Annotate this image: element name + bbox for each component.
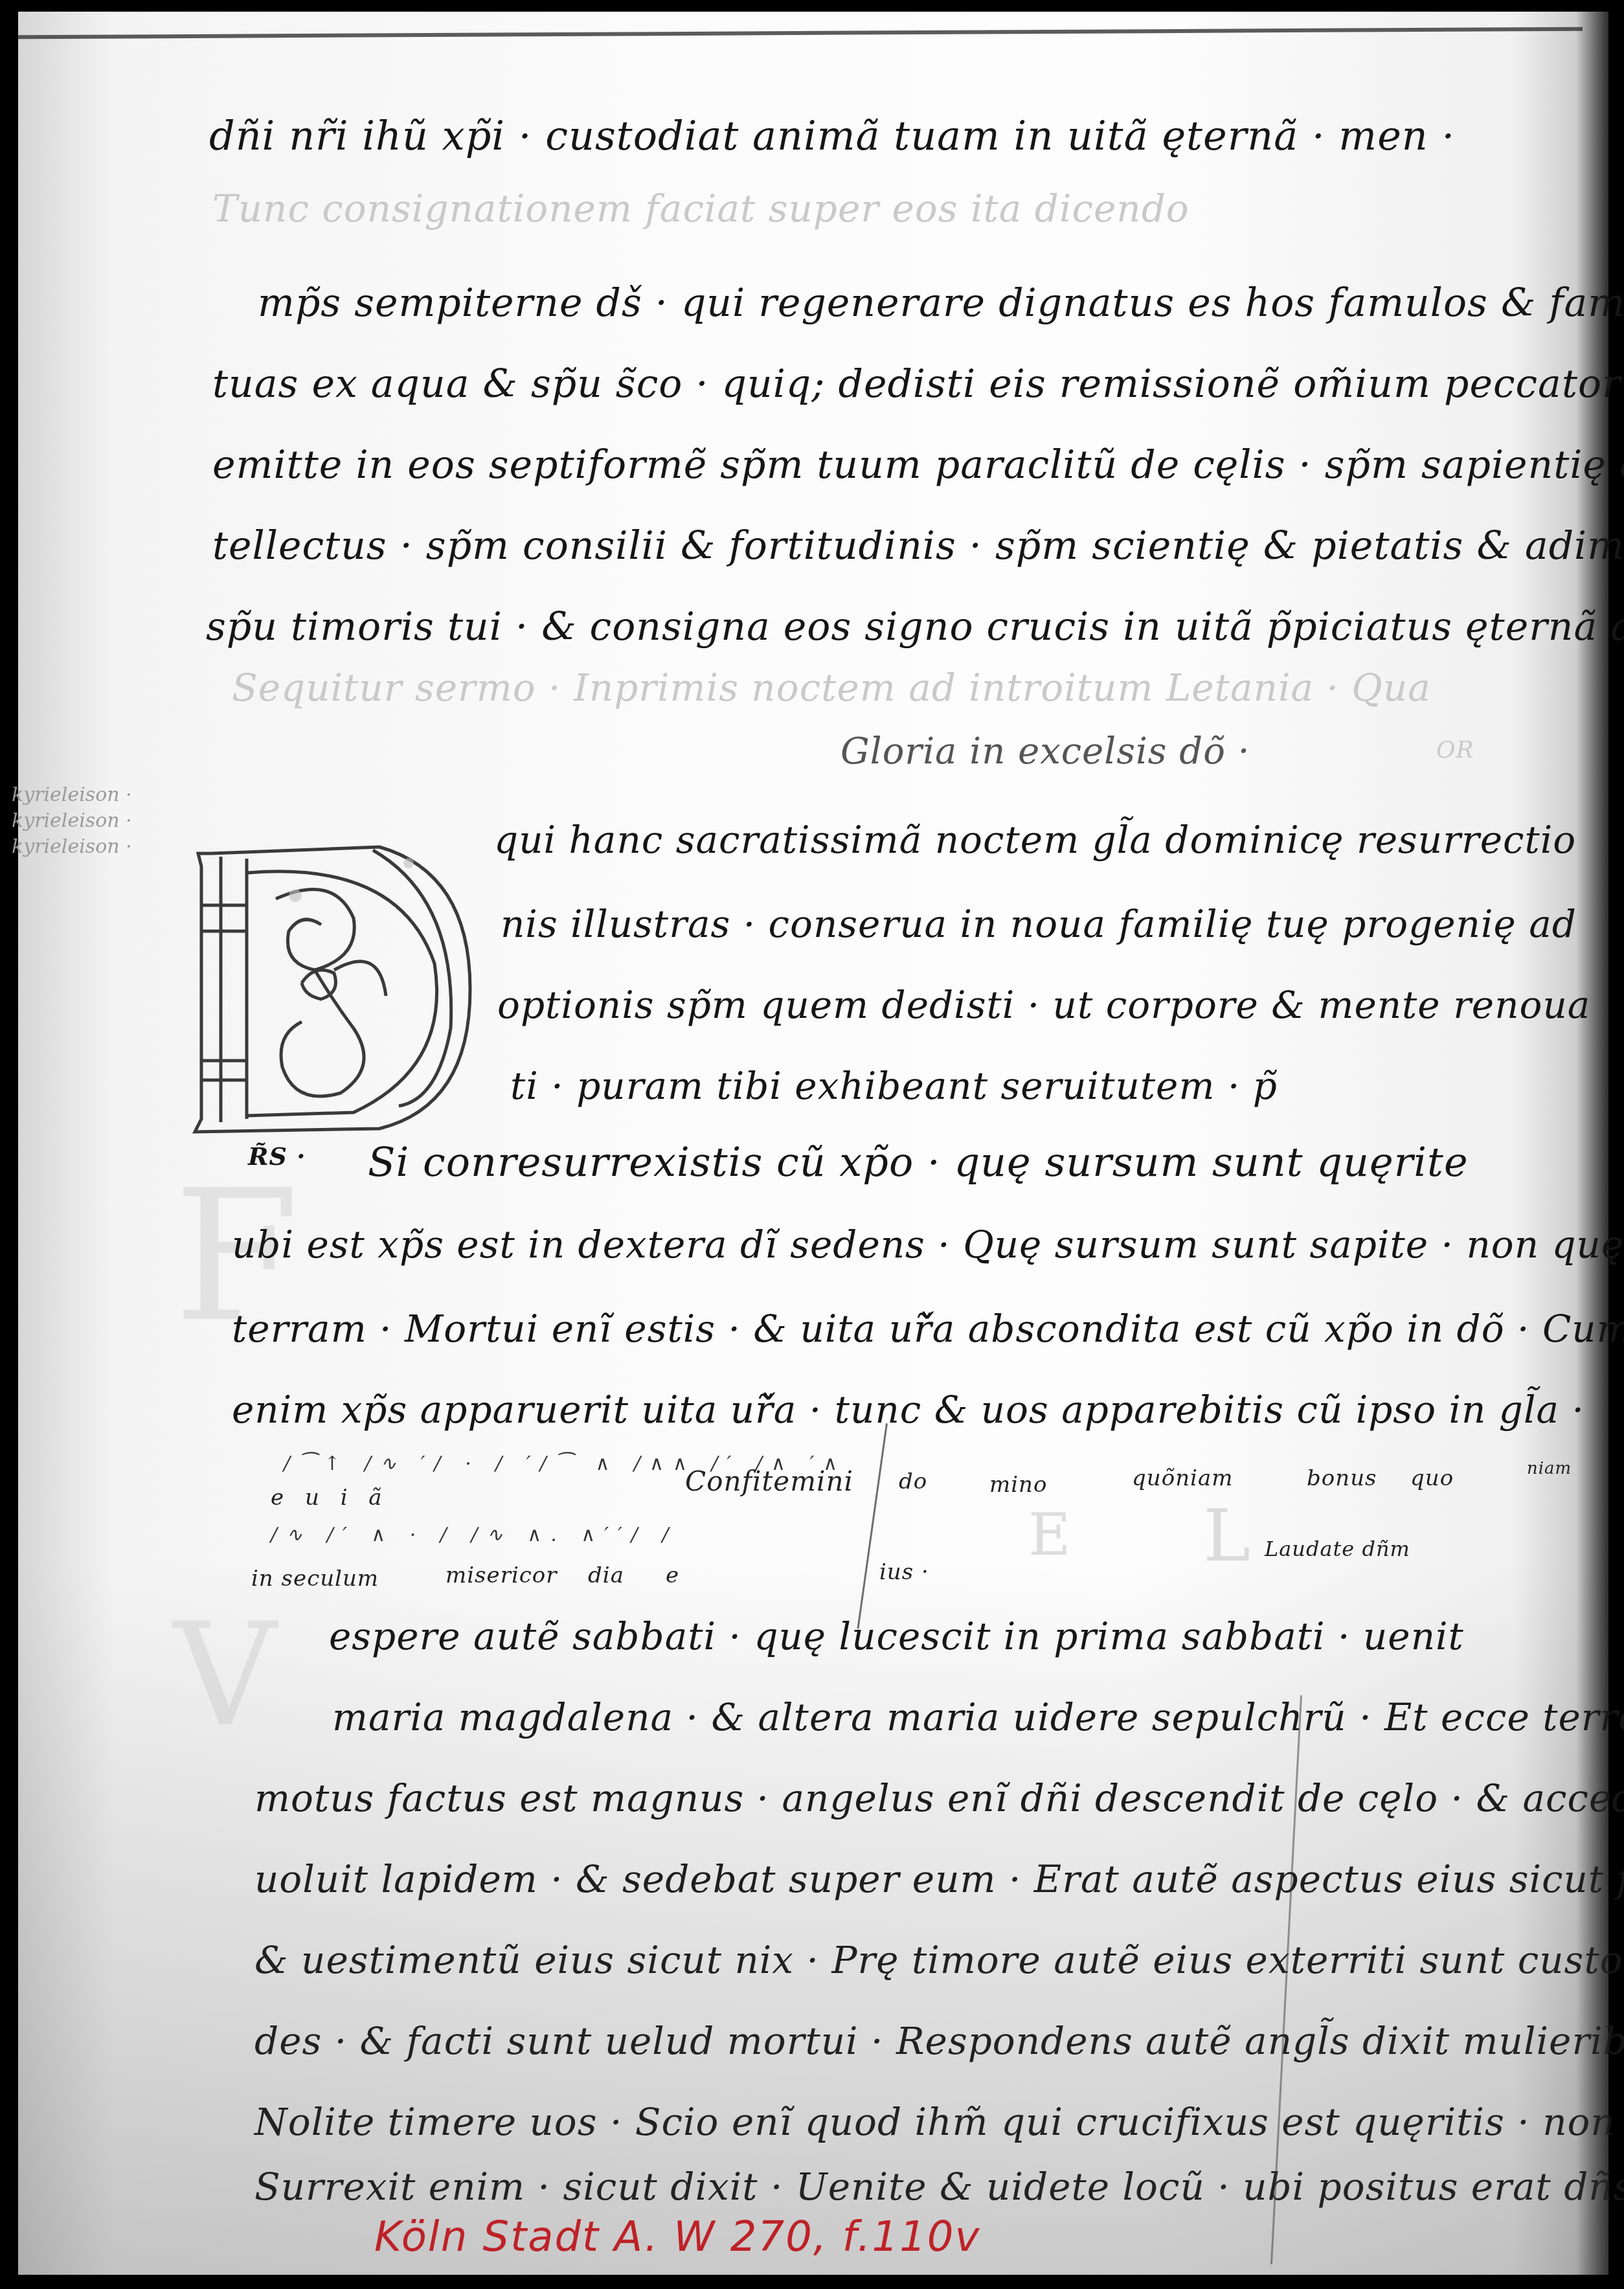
faint-initial-l-icon: L <box>1203 1494 1250 1577</box>
margin-note-1: kyrieleison · <box>12 782 132 808</box>
text-line-16: maria magdalena · & altera maria uidere … <box>332 1695 1624 1739</box>
text-line-4: emitte in eos septiformẽ sp̃m tuum parac… <box>212 442 1624 488</box>
decorated-initial-d-icon <box>185 834 477 1138</box>
chant-word: quõniam <box>1132 1465 1233 1491</box>
chant-word: bonus <box>1307 1465 1377 1491</box>
chant-word-laudate: Laudate dñm <box>1265 1537 1410 1561</box>
chant-word: e <box>666 1562 679 1588</box>
chant-heading: Gloria in excelsis dõ · <box>840 730 1250 772</box>
text-line-22: Surrexit enim · sicut dixit · Uenite & u… <box>254 2165 1624 2209</box>
text-line-9: optionis sp̃m quem dedisti · ut corpore … <box>497 983 1590 1027</box>
chant-word: u i ã <box>305 1485 383 1511</box>
page-right-shadow <box>1576 12 1608 2275</box>
chant-word: misericor <box>445 1562 558 1588</box>
rubric-faint-3: OR <box>1436 737 1474 763</box>
text-line-19: & uestimentũ eius sicut nix · Prę timore… <box>254 1938 1623 1982</box>
faint-initial-u-icon: V <box>174 1592 276 1757</box>
chant-word: quo <box>1410 1465 1454 1491</box>
text-line-20: des · & facti sunt uelud mortui · Respon… <box>254 2019 1624 2063</box>
neumes-row-2: ∕∿ ∕′ ∧ · ∕ ∕∿ ∧. ∧′′∕ ∕ <box>271 1524 678 1546</box>
rubric-faint-2: Sequitur sermo · Inprimis noctem ad intr… <box>232 666 1431 710</box>
chant-word: e <box>271 1485 284 1511</box>
chant-word: do <box>899 1469 927 1494</box>
text-line-10: ti · puram tibi exhibeant seruitutem · p… <box>510 1064 1278 1108</box>
text-line-18: uoluit lapidem · & sedebat super eum · E… <box>254 1857 1624 1901</box>
shelfmark-annotation: Köln Stadt A. W 270, f.110v <box>374 2213 980 2261</box>
chant-word: niam <box>1527 1459 1572 1478</box>
chant-word: mino <box>989 1472 1047 1498</box>
rubric-faint-1: Tunc consignationem faciat super eos ita… <box>212 186 1190 231</box>
faint-initial-e-icon: E <box>1028 1501 1071 1569</box>
chant-word: ius · <box>879 1559 929 1585</box>
text-line-17: motus factus est magnus · angelus enĩ dñ… <box>254 1776 1624 1820</box>
text-line-6: sp̃u timoris tui · & consigna eos signo … <box>206 604 1624 649</box>
chant-text-row-1: e u i ã <box>271 1485 383 1511</box>
parchment-crack <box>857 1423 888 1629</box>
text-line-15: espere autẽ sabbati · quę lucescit in pr… <box>329 1614 1464 1658</box>
margin-notes: kyrieleison · kyrieleison · kyrieleison … <box>12 782 132 860</box>
manuscript-page: dñi nr̃i ihũ xp̃i · custodiat animã tuam… <box>18 12 1608 2275</box>
text-line-5: tellectus · sp̃m consilii & fortitudinis… <box>212 523 1624 569</box>
text-line-14: enim xp̃s apparuerit uita uř̃a · tunc & … <box>232 1388 1585 1432</box>
rubric-label-rs: R̃S · <box>248 1142 306 1171</box>
text-line-13: terram · Mortui enĩ estis · & uita uř̃a … <box>232 1307 1624 1351</box>
text-line-2: mp̃s sempiterne dš · qui regenerare dign… <box>258 280 1624 326</box>
chant-word: dia <box>588 1562 624 1588</box>
text-line-3: tuas ex aqua & sp̃u s̃co · quiq; dedisti… <box>212 361 1624 407</box>
chant-word-confitemini: Confitemini <box>685 1465 853 1497</box>
text-line-7: qui hanc sacratissimã noctem gl̃a domini… <box>494 818 1576 862</box>
text-line-1: dñi nr̃i ihũ xp̃i · custodiat animã tuam… <box>209 112 1455 159</box>
text-line-12: ubi est xp̃s est in dextera dĩ sedens · … <box>232 1223 1624 1267</box>
margin-note-2: kyrieleison · <box>12 808 132 834</box>
chant-word: in seculum <box>251 1566 379 1592</box>
text-line-21: Nolite timere uos · Scio enĩ quod ihm̃ q… <box>254 2100 1624 2144</box>
text-line-11: Si conresurrexistis cũ xp̃o · quę sursum… <box>368 1138 1469 1186</box>
margin-note-3: kyrieleison · <box>12 834 132 860</box>
page-top-edge <box>18 27 1583 39</box>
text-line-8: nis illustras · conserua in noua familię… <box>501 902 1577 946</box>
